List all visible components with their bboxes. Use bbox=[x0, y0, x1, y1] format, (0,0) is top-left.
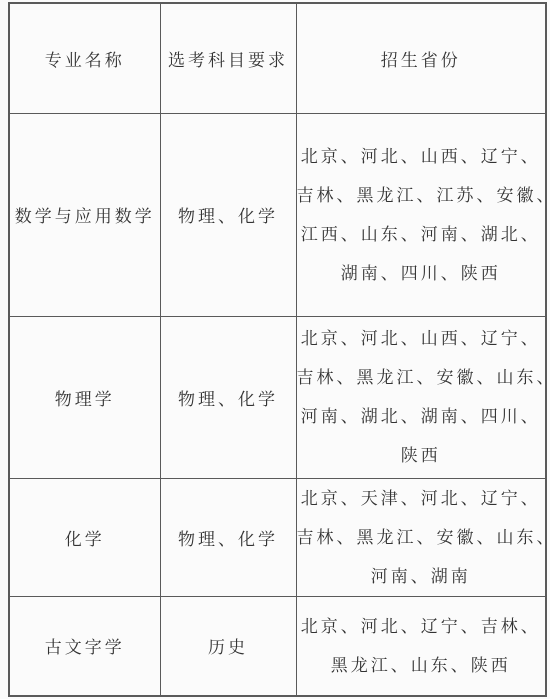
subjects-cell: 历史 bbox=[160, 596, 296, 696]
provinces-cell: 北京、河北、山西、辽宁、吉林、黑龙江、江苏、安徽、江西、山东、河南、湖北、湖南、… bbox=[296, 113, 546, 316]
column-header-major: 专业名称 bbox=[9, 3, 160, 113]
province-line: 黑龙江、山东、陕西 bbox=[297, 646, 546, 685]
admissions-table: 专业名称选考科目要求招生省份 数学与应用数学物理、化学北京、河北、山西、辽宁、吉… bbox=[8, 2, 547, 697]
province-line: 吉林、黑龙江、江苏、安徽、 bbox=[297, 176, 546, 215]
major-cell: 古文字学 bbox=[9, 596, 160, 696]
subjects-cell: 物理、化学 bbox=[160, 316, 296, 478]
provinces-cell: 北京、天津、河北、辽宁、吉林、黑龙江、安徽、山东、河南、湖南 bbox=[296, 478, 546, 596]
header-row: 专业名称选考科目要求招生省份 bbox=[9, 3, 546, 113]
provinces-cell: 北京、河北、辽宁、吉林、黑龙江、山东、陕西 bbox=[296, 596, 546, 696]
province-line: 江西、山东、河南、湖北、 bbox=[297, 215, 546, 254]
province-line: 湖南、四川、陕西 bbox=[297, 254, 546, 293]
major-cell: 化学 bbox=[9, 478, 160, 596]
table-row: 物理学物理、化学北京、河北、山西、辽宁、吉林、黑龙江、安徽、山东、河南、湖北、湖… bbox=[9, 316, 546, 478]
province-line: 陕西 bbox=[297, 436, 546, 475]
province-line: 北京、河北、山西、辽宁、 bbox=[297, 137, 546, 176]
province-line: 吉林、黑龙江、安徽、山东、 bbox=[297, 358, 546, 397]
province-line: 吉林、黑龙江、安徽、山东、 bbox=[297, 518, 546, 557]
subjects-cell: 物理、化学 bbox=[160, 113, 296, 316]
provinces-cell: 北京、河北、山西、辽宁、吉林、黑龙江、安徽、山东、河南、湖北、湖南、四川、陕西 bbox=[296, 316, 546, 478]
province-line: 北京、天津、河北、辽宁、 bbox=[297, 479, 546, 518]
province-line: 河南、湖北、湖南、四川、 bbox=[297, 397, 546, 436]
table-body: 数学与应用数学物理、化学北京、河北、山西、辽宁、吉林、黑龙江、江苏、安徽、江西、… bbox=[9, 113, 546, 696]
table-row: 古文字学历史北京、河北、辽宁、吉林、黑龙江、山东、陕西 bbox=[9, 596, 546, 696]
province-line: 河南、湖南 bbox=[297, 557, 546, 596]
table-row: 化学物理、化学北京、天津、河北、辽宁、吉林、黑龙江、安徽、山东、河南、湖南 bbox=[9, 478, 546, 596]
table-row: 数学与应用数学物理、化学北京、河北、山西、辽宁、吉林、黑龙江、江苏、安徽、江西、… bbox=[9, 113, 546, 316]
province-line: 北京、河北、辽宁、吉林、 bbox=[297, 607, 546, 646]
province-line: 北京、河北、山西、辽宁、 bbox=[297, 319, 546, 358]
column-header-subjects: 选考科目要求 bbox=[160, 3, 296, 113]
major-cell: 数学与应用数学 bbox=[9, 113, 160, 316]
column-header-provinces: 招生省份 bbox=[296, 3, 546, 113]
major-cell: 物理学 bbox=[9, 316, 160, 478]
subjects-cell: 物理、化学 bbox=[160, 478, 296, 596]
